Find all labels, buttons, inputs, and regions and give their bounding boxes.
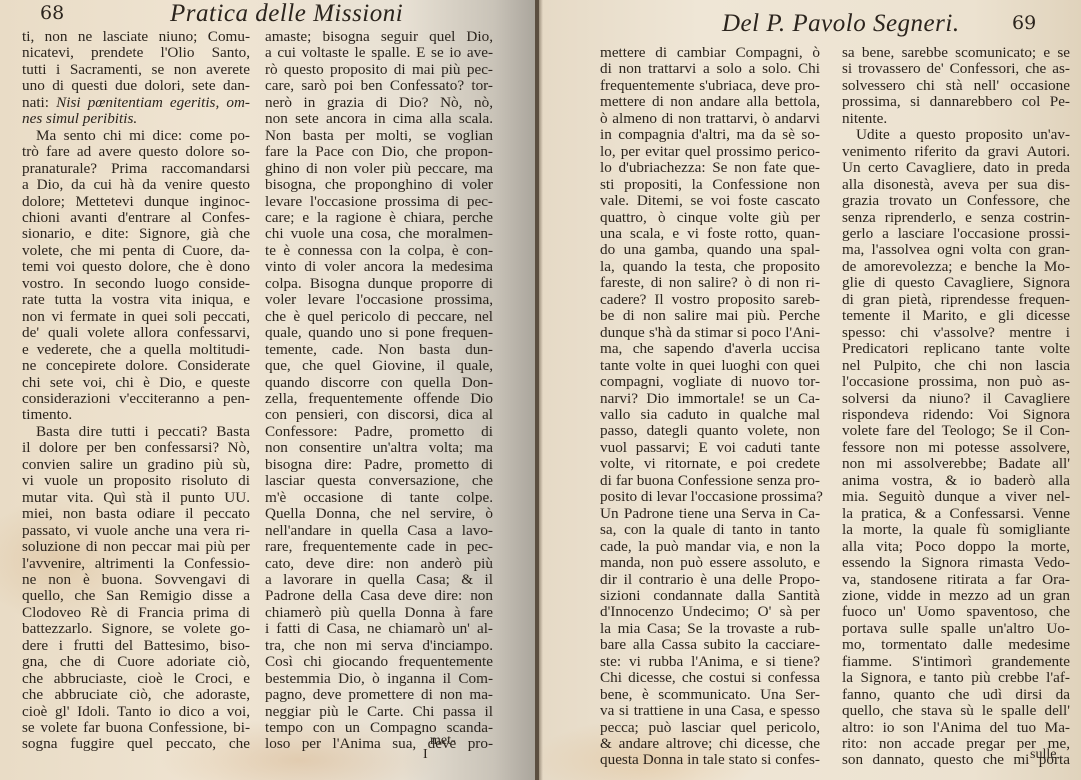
text-line: voler levare l'occasione prossima, xyxy=(265,292,493,308)
book-spine-gutter xyxy=(535,0,539,780)
text-line: Basta dire tutti i peccati? Basta xyxy=(22,424,250,440)
text-line: chioni avanti d'entrare al Confes- xyxy=(22,210,250,226)
text-line: sizioni condannate dalla Santità xyxy=(600,588,820,604)
text-line: bisogna dire: Padre, prometto di xyxy=(265,457,493,473)
text-line: solversi da niuno? il Cavagliere xyxy=(842,391,1070,407)
catchword-right: sulle xyxy=(1030,747,1056,763)
text-line: rate tutta la vostra vita iniqua, e xyxy=(22,292,250,308)
text-line: passo, dategli quanto volete, non xyxy=(600,423,820,439)
latin-quote: Nisi pœnitentiam egeritis, om- xyxy=(56,94,250,111)
text-line: tempo con un Compagno scanda- xyxy=(265,720,493,736)
text-line: convien salire un gradino più sù, xyxy=(22,457,250,473)
text-line: mutar vita. Quì stà il punto UU. xyxy=(22,490,250,506)
page-number-left: 68 xyxy=(40,2,64,24)
text-line: Quella Donna, che nel servire, ò xyxy=(265,506,493,522)
text-line: nel Pulpito, che chi non lascia xyxy=(842,358,1070,374)
text-line: rare, frequentemente cade in pec- xyxy=(265,539,493,555)
text-line: vuol passarvi; E voi caduti tante xyxy=(600,440,820,456)
text-line: i fatti di Casa, ne chiamarò un' al- xyxy=(265,621,493,637)
text-line: volete fare del Teologo; Se il Con- xyxy=(842,423,1070,439)
text-line: grazia trovato un Confessore, che xyxy=(842,193,1070,209)
text-line: ne non è buona. Sovvengavi di xyxy=(22,572,250,588)
text-line: la Signora, e tanto più crebbe l'af- xyxy=(842,670,1070,686)
text-line: vi vuole un proposito risoluto di xyxy=(22,473,250,489)
text-line: vostro. In secondo luogo conside- xyxy=(22,276,250,292)
text-line: soluzione di non peccar mai più per xyxy=(22,539,250,555)
text-line: solvessero chi stà nell' occasione xyxy=(842,78,1070,94)
text-line: & andare altrove; chi dicesse, che xyxy=(600,736,820,752)
text-line: Clodoveo Rè di Francia prima di xyxy=(22,605,250,621)
text-line: pecca; può lasciar quel pericolo, xyxy=(600,720,820,736)
text-line: in compagnia d'altri, ma da sè so- xyxy=(600,127,820,143)
text-line: care; e la ragione è chiara, perche xyxy=(265,210,493,226)
text-line: fare la Pace con Dio, che propon- xyxy=(265,144,493,160)
text-line: altro: io son l'Anima del tuo Ma- xyxy=(842,720,1070,736)
text-line: ò almeno di non trattarvi, ò andarvi xyxy=(600,111,820,127)
text-line: a lavorare in quella Casa; & il xyxy=(265,572,493,588)
text-line: zione, vidde in mezzo ad un gran xyxy=(842,588,1070,604)
text-line: quattro, ò cinque volte giù per xyxy=(600,210,820,226)
text-line: chiamerò più quella Donna à fare xyxy=(265,605,493,621)
text-line: manda, non può essere assoluto, e xyxy=(600,555,820,571)
text-line: alla disonestà, aveva per sua dis- xyxy=(842,177,1070,193)
text-line: mia. Seguitò dunque a viver nel- xyxy=(842,489,1070,505)
text-line: spesso: chi v'assolve? mentre i xyxy=(842,325,1070,341)
text-line: chi sete voi, chi è Dio, e queste xyxy=(22,375,250,391)
text-line: chi vuole una cosa, che moralmen- xyxy=(265,226,493,242)
text-line: dolore; Mettetevi dunque inginoc- xyxy=(22,194,250,210)
text-line: colpa. Bisogna dunque proporre di xyxy=(265,276,493,292)
right-page-column-2: sa bene, sarebbe scomunicato; e sesi tro… xyxy=(842,45,1070,769)
text-line: tutti i Sacramenti, se non averete xyxy=(22,62,250,78)
text-line: nerò in grazia di Dio? Nò, nò, xyxy=(265,95,493,111)
text-line: la mia Casa; Se la trovaste a rub- xyxy=(600,621,820,637)
text-line: fareste, di non salire? ò di non ri- xyxy=(600,275,820,291)
text-line: timento. xyxy=(22,407,250,423)
text-line: venimento riferito da gravi Autori. xyxy=(842,144,1070,160)
text-line: che abbruciaste, cioè le Croci, e xyxy=(22,671,250,687)
text-line: l'avvenire, altrimenti la Confessio- xyxy=(22,556,250,572)
text-line: di gran pietà, riprendesse frequen- xyxy=(842,292,1070,308)
text-line: senza riprenderlo, e senza costrin- xyxy=(842,210,1070,226)
text-line: nes simul peribitis. xyxy=(22,111,250,127)
text-line: fuoco un' Uomo spaventoso, che xyxy=(842,604,1070,620)
text-line: questa Donna in tale stato si confes- xyxy=(600,752,820,768)
book-spread: 68 Pratica delle Missioni ti, non ne las… xyxy=(0,0,1081,780)
text-line: vinto di voler ancora la medesima xyxy=(265,259,493,275)
text-line: e vederete, che a quella moltitudi- xyxy=(22,342,250,358)
text-line: portava sulle spalle un'altro Uo- xyxy=(842,621,1070,637)
right-page: Del P. Pavolo Segneri. 69 mettere di cam… xyxy=(537,0,1081,780)
running-title-left: Pratica delle Missioni xyxy=(170,0,403,28)
text-line: amaste; bisogna seguir quel Dio, xyxy=(265,29,493,45)
left-page: 68 Pratica delle Missioni ti, non ne las… xyxy=(0,0,537,780)
text-line: de' quali volete allora confessarvi, xyxy=(22,325,250,341)
signature-mark: I xyxy=(423,747,428,763)
text-line: si trovassero de' Confessori, che as- xyxy=(842,61,1070,77)
text-line: de amorevolezza; e benche la Mo- xyxy=(842,259,1070,275)
text-line: il dolore per ben confessarsi? Nò, xyxy=(22,440,250,456)
text-line: ne concepirete dolore. Considerate xyxy=(22,358,250,374)
text-line: trò fare ad avere questo dolore so- xyxy=(22,144,250,160)
text-line: se volete far buona Confessione, bi- xyxy=(22,720,250,736)
text-line: ti, non ne lasciate niuno; Comu- xyxy=(22,29,250,45)
text-line: lo, per evitar quel prossimo perico- xyxy=(600,144,820,160)
text-line: va, standosene ritirata a far Ora- xyxy=(842,572,1070,588)
text-line: dere i frutti del Battesimo, biso- xyxy=(22,638,250,654)
text-line: sa bene, sarebbe scomunicato; e se xyxy=(842,45,1070,61)
text-line: glie di questo Cavagliere, Signora xyxy=(842,275,1070,291)
text-line: alla vita; Poco doppo la morte, xyxy=(842,539,1070,555)
text-line: considerazioni v'ecciteranno a pen- xyxy=(22,391,250,407)
text-line: fanno, quanto che udì dirsi da xyxy=(842,687,1070,703)
text-line: battezzarlo. Signore, se volete go- xyxy=(22,621,250,637)
text-line: do una gamba, quando una spal- xyxy=(600,242,820,258)
text-line: posito di levar l'occasione prossima? xyxy=(600,489,820,505)
text-line: vallo sia caduto in qualche mal xyxy=(600,407,820,423)
text-line: temi voi questo dolore, che è dono xyxy=(22,259,250,275)
text-line: zella, frequentemente offende Dio xyxy=(265,391,493,407)
running-title-right: Del P. Pavolo Segneri. xyxy=(722,10,960,38)
text-line: ma, l'assolvea ogni volta con gran- xyxy=(842,242,1070,258)
text-line: dunque s'hà da stimar si poco l'Ani- xyxy=(600,325,820,341)
text-line: sa, con la quale di tanto in tanto xyxy=(600,522,820,538)
right-page-column-1: mettere di cambiar Compagni, òdi non tra… xyxy=(600,45,820,769)
text-line: non sete ancora in cima alla scala. xyxy=(265,111,493,127)
text-line: gerlo a lasciare l'occasione prossi- xyxy=(842,226,1070,242)
text-line: Confessore: Padre, prometto di xyxy=(265,424,493,440)
text-line: volete, che mi penta di Cuore, da- xyxy=(22,243,250,259)
text-line: non consentire un'altra volta; ma xyxy=(265,440,493,456)
left-page-column-1: ti, non ne lasciate niuno; Comu-nicatevi… xyxy=(22,29,250,753)
text-line: Un certo Cavagliere, dato in preda xyxy=(842,160,1070,176)
text-line: lo d'ubriachezza: Se non fate que- xyxy=(600,160,820,176)
text-line: pagno, deve promettere di non ma- xyxy=(265,687,493,703)
text-line: loso per l'Anima sua, deve pro- xyxy=(265,736,493,752)
text-line: quale, quando uno si pone frequen- xyxy=(265,325,493,341)
text-line: va si trattiene in una Casa, e spesso xyxy=(600,703,820,719)
text-line: cato, deve dire: non anderò più xyxy=(265,556,493,572)
text-line: be di non salire mai più. Perche xyxy=(600,308,820,324)
text-line: sogna fuggire quel peccato, che xyxy=(22,736,250,752)
text-line: che è quel pericolo di peccare, nel xyxy=(265,309,493,325)
text-line: nicatevi, prendete l'Olio Santo, xyxy=(22,45,250,61)
text-line: Così chi giocando frequentemente xyxy=(265,654,493,670)
text-line: anima vostra, & io baderò alla xyxy=(842,473,1070,489)
text-line: fiamme. S'intimorì grandemente xyxy=(842,654,1070,670)
text-line: Padrone della Casa deve dire: non xyxy=(265,588,493,604)
page-number-right: 69 xyxy=(1012,12,1036,34)
text-line: ghino di non voler più peccare, ma xyxy=(265,161,493,177)
text-line: di far buona Confessione senza pro- xyxy=(600,473,820,489)
text-line: te è connessa con la colpa, è con- xyxy=(265,243,493,259)
text-line: Udite a questo proposito un'av- xyxy=(842,127,1070,143)
text-line: tante volte in quei luoghi con quei xyxy=(600,358,820,374)
text-line: temente, cade. Non basta dun- xyxy=(265,342,493,358)
text-line: bene, è scommunicato. Una Ser- xyxy=(600,687,820,703)
text-line: bestemmia Dio, ò inganna il Com- xyxy=(265,671,493,687)
text-line: di non trattarvi a solo a solo. Chi xyxy=(600,61,820,77)
text-line: Predicatori replicano tante volte xyxy=(842,341,1070,357)
text-line: m'è occasione di tante colpe. xyxy=(265,490,493,506)
text-line: ste: vi rubba l'Anima, e si tiene? xyxy=(600,654,820,670)
text-line: frequentemente s'ubriaca, deve pro- xyxy=(600,78,820,94)
left-page-column-2: amaste; bisogna seguir quel Dio,a cui vo… xyxy=(265,29,493,753)
text-line: mettere di cambiar Compagni, ò xyxy=(600,45,820,61)
text-line: que, che quel Giovine, il quale, xyxy=(265,358,493,374)
text-line: Un Padrone tiene una Serva in Ca- xyxy=(600,506,820,522)
text-line: vale. Ditemi, se voi foste cascato xyxy=(600,193,820,209)
text-line: quello, che stava sù le spalle dell' xyxy=(842,703,1070,719)
text-line: uno di questi due dolori, sete dan- xyxy=(22,78,250,94)
text-line: tra, che non mi serva d'inciampo. xyxy=(265,638,493,654)
text-line: l'occasione prossima, non può as- xyxy=(842,374,1070,390)
text-line: ma, che sapendo d'averla uccisa xyxy=(600,341,820,357)
text-line: rò questo proposito di mai più pec- xyxy=(265,62,493,78)
text-line: Non basta per molti, se voglian xyxy=(265,128,493,144)
text-line: narvi? Dio immortale! se un Ca- xyxy=(600,391,820,407)
text-line: sti propositi, la Confessione non xyxy=(600,177,820,193)
text-line: miei, non basta odiare il peccato xyxy=(22,506,250,522)
catchword-left: met- xyxy=(430,733,456,749)
text-line: volte, vi ritornate, e poi credete xyxy=(600,456,820,472)
text-line: lasciar questa conversazione, che xyxy=(265,473,493,489)
text-line: che abbruciate ciò, che adoraste, xyxy=(22,687,250,703)
text-line: cadere? Il vostro proposito sareb- xyxy=(600,292,820,308)
text-line: dir il contrario è una delle Propo- xyxy=(600,572,820,588)
text-line: con pensieri, con discorsi, dica al xyxy=(265,407,493,423)
text-line: non mi assolverebbe; Badate all' xyxy=(842,456,1070,472)
text-line: levare l'occasione prossima di pec- xyxy=(265,194,493,210)
text-line: compagni, vogliate di nuovo tor- xyxy=(600,374,820,390)
text-line: bare alla Cassa subito la cacciare- xyxy=(600,637,820,653)
text-line: quello, che San Remigio disse a xyxy=(22,588,250,604)
text-line: nitente. xyxy=(842,111,1070,127)
text-line: pranaturale? Prima raccomandarsi xyxy=(22,161,250,177)
text-line: rispondeva ridendo: Voi Signora xyxy=(842,407,1070,423)
text-line: Ma sento chi mi dice: come po- xyxy=(22,128,250,144)
text-line: bisogna, che proponghino di voler xyxy=(265,177,493,193)
text-line: nell'andare in quella Casa a lavo- xyxy=(265,523,493,539)
text-line: la pratica, & a Confessarsi. Venne xyxy=(842,506,1070,522)
text-line: non vi fermate in quei soli peccati, xyxy=(22,309,250,325)
text-line: a Dio, da cui hà da venire questo xyxy=(22,177,250,193)
text-line: fessore non mi potesse assolvere, xyxy=(842,440,1070,456)
text-line: cioè gl' Idoli. Tanto io dico a voi, xyxy=(22,704,250,720)
text-line: quando discorre con quella Don- xyxy=(265,375,493,391)
text-line: cade, la può mandar via, e non la xyxy=(600,539,820,555)
text-line: a cui voltaste le spalle. E se io ave- xyxy=(265,45,493,61)
text-line: Chi dicesse, che costui si confessa xyxy=(600,670,820,686)
text-line: prossima, si dannarebbero col Pe- xyxy=(842,94,1070,110)
text-line: mettere di non andare alla bettola, xyxy=(600,94,820,110)
text-line: neggiar più le Carte. Chi passa il xyxy=(265,704,493,720)
text-line: passato, vi vuole anche una vera ri- xyxy=(22,523,250,539)
text-line: d'Innocenzo Undecimo; O' sà per xyxy=(600,604,820,620)
text-line: sionario, e dite: Signore, già che xyxy=(22,226,250,242)
text-line: care, sarò poi ben Confessato? tor- xyxy=(265,78,493,94)
text-line: la morte, la quale fù somigliante xyxy=(842,522,1070,538)
text-line: mo, tormentato dalle medesime xyxy=(842,637,1070,653)
text-line: la, quando la testa, che proposito xyxy=(600,259,820,275)
text-line: nati: Nisi pœnitentiam egeritis, om- xyxy=(22,95,250,111)
text-line: essendo la Signora rimasta Vedo- xyxy=(842,555,1070,571)
text-line: temente il Marito, e gli dicesse xyxy=(842,308,1070,324)
text-line: gna, che di Cuore adoriate ciò, xyxy=(22,654,250,670)
text-line: una scala, e vi foste rotto, quan- xyxy=(600,226,820,242)
